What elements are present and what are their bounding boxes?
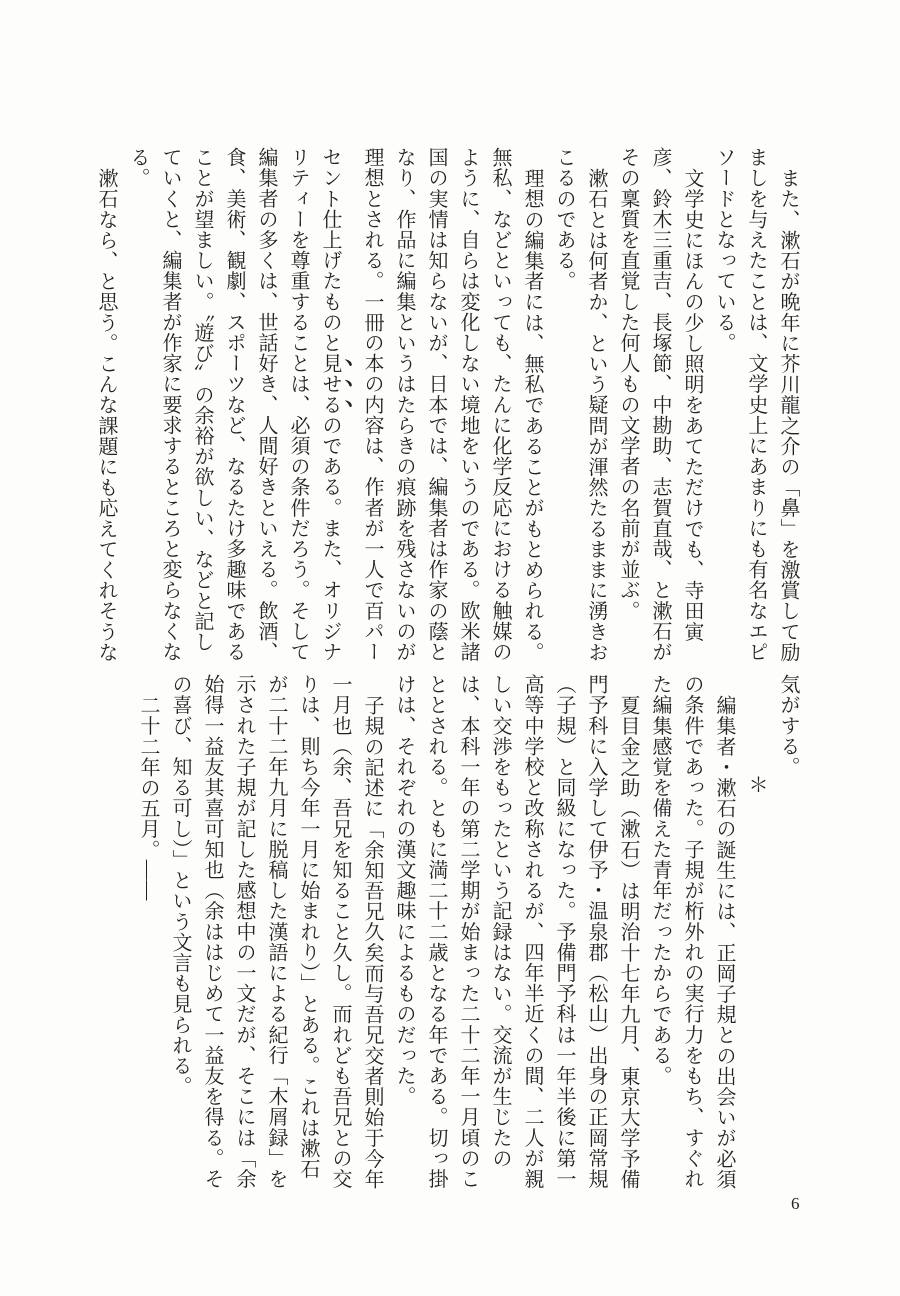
text-run: 漱石とは何者か、という疑問が渾然たるままに湧きおこるのである。	[553, 147, 607, 662]
text-run: のである。また、オリジナリティーを尊重することは、必須の条件だろう。そして編集者…	[127, 147, 341, 662]
text-run: 子規の記述に「余知吾兄久矣而与吾兄交者則始于今年一月也（余、吾兄を知ること久し。…	[169, 674, 383, 1189]
paragraph: 漱石なら、と思う。こんな課題にも応えてくれそうな	[90, 147, 122, 665]
text-run: 編集者・漱石の誕生には、正岡子規との出会いが必須の条件であった。子規が桁外れの実…	[649, 674, 735, 1189]
section-separator: ＊	[740, 674, 772, 1192]
text-run: 夏目金之助（漱石）は明治十七年九月、東京大学予備門予科に入学して伊予・温泉郡（松…	[393, 674, 639, 1189]
text-run: 気がする。	[777, 674, 799, 777]
paragraph: 気がする。	[772, 674, 804, 1192]
paragraph: 二十二年の五月。――	[132, 674, 164, 1192]
text-run: 漱石なら、と思う。こんな課題にも応えてくれそうな	[95, 168, 117, 662]
text-block-top: また、漱石が晩年に芥川龍之介の「鼻」を激賞して励ましを与えたことは、文学史上にあ…	[90, 147, 804, 665]
text-run: 文学史にほんの少し照明をあてただけでも、寺田寅彦、鈴木三重吉、長塚節、中勘助、志…	[617, 147, 703, 662]
paragraph: 夏目金之助（漱石）は明治十七年九月、東京大学予備門予科に入学して伊予・温泉郡（松…	[388, 674, 644, 1192]
paragraph: 漱石とは何者か、という疑問が渾然たるままに湧きおこるのである。	[548, 147, 612, 665]
emphasized-text: 見せる	[319, 353, 341, 415]
text-run: 二十二年の五月。――	[137, 695, 159, 901]
text-block-bottom: 気がする。＊編集者・漱石の誕生には、正岡子規との出会いが必須の条件であった。子規…	[132, 674, 804, 1192]
paragraph: また、漱石が晩年に芥川龍之介の「鼻」を激賞して励ましを与えたことは、文学史上にあ…	[708, 147, 804, 665]
paragraph: 理想の編集者には、無私であることがもとめられる。無私、などといっても、たんに化学…	[122, 147, 548, 665]
text-run: 理想の編集者には、無私であることがもとめられる。無私、などといっても、たんに化学…	[319, 147, 543, 662]
paragraph: 子規の記述に「余知吾兄久矣而与吾兄交者則始于今年一月也（余、吾兄を知ること久し。…	[164, 674, 388, 1192]
text-run: ＊	[745, 774, 767, 794]
book-page: また、漱石が晩年に芥川龍之介の「鼻」を激賞して励ましを与えたことは、文学史上にあ…	[0, 0, 900, 1296]
paragraph: 編集者・漱石の誕生には、正岡子規との出会いが必須の条件であった。子規が桁外れの実…	[644, 674, 740, 1192]
text-run: また、漱石が晩年に芥川龍之介の「鼻」を激賞して励ましを与えたことは、文学史上にあ…	[713, 147, 799, 662]
paragraph: 文学史にほんの少し照明をあてただけでも、寺田寅彦、鈴木三重吉、長塚節、中勘助、志…	[612, 147, 708, 665]
page-number: 6	[791, 1194, 800, 1214]
